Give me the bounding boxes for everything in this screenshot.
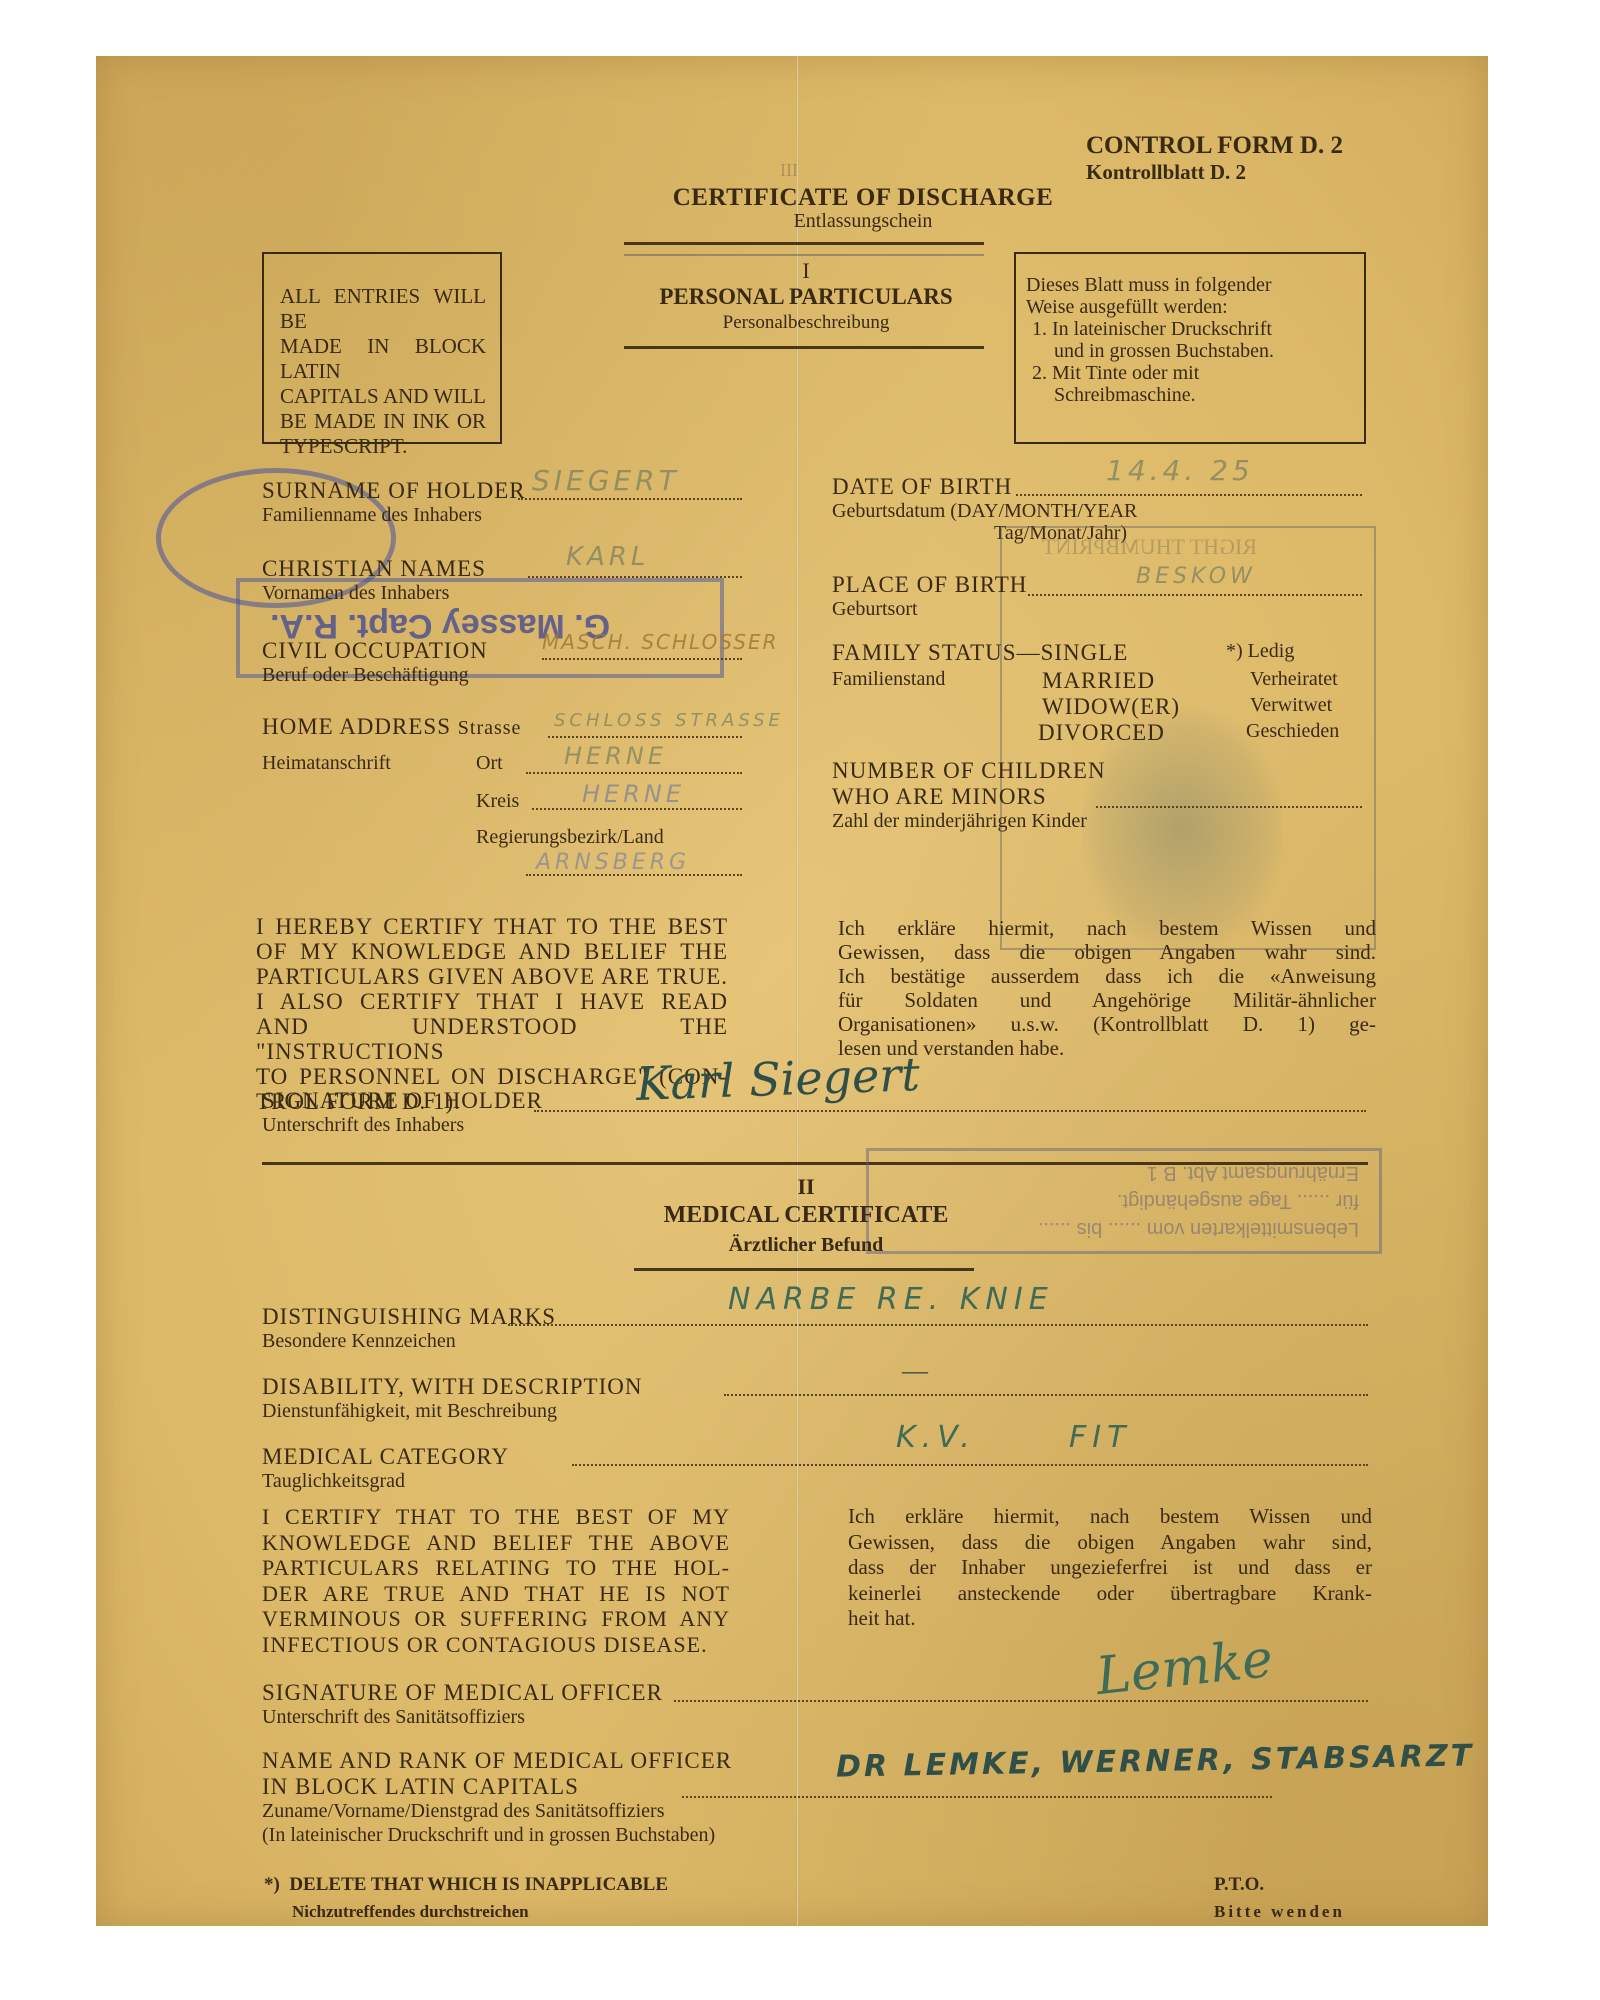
officer-name-line[interactable] [682, 1796, 1272, 1798]
strasse-value[interactable]: SCHLOSS STRASSE [554, 710, 784, 731]
children-label-1: NUMBER OF CHILDREN [832, 758, 1106, 783]
section2-title: MEDICAL CERTIFICATE [546, 1202, 1066, 1229]
medical-certification-en: I CERTIFY THAT TO THE BEST OF MY KNOWLED… [262, 1504, 730, 1657]
control-form-id-de: Kontrollblatt D. 2 [1086, 160, 1246, 185]
land-value[interactable]: ARNSBERG [536, 850, 690, 875]
instructions-box-en: ALL ENTRIES WILL BE MADE IN BLOCK LATIN … [262, 252, 502, 444]
surname-label-de: Familienname des Inhabers [262, 504, 482, 526]
family-status-option-widower[interactable]: WIDOW(ER) [1042, 694, 1180, 719]
medical-category-value[interactable]: K.V. FIT [896, 1420, 1131, 1455]
land-label: Regierungsbezirk/Land [476, 826, 664, 848]
disability-label: DISABILITY, WITH DESCRIPTION [262, 1374, 642, 1399]
surname-label: SURNAME OF HOLDER [262, 478, 526, 503]
section2-title-de: Ärztlicher Befund [546, 1234, 1066, 1257]
kreis-field-line[interactable] [532, 808, 742, 810]
place-of-birth-value[interactable]: BESKOW [1136, 564, 1256, 589]
holder-certification-de: Ich erkläre hiermit, nach bestem Wissen … [838, 916, 1376, 1060]
medical-certification-de: Ich erkläre hiermit, nach bestem Wissen … [848, 1504, 1372, 1632]
certificate-title: CERTIFICATE OF DISCHARGE [608, 184, 1118, 212]
disability-line[interactable] [724, 1394, 1368, 1396]
medical-category-line[interactable] [572, 1464, 1368, 1466]
home-address-label: HOME ADDRESS Strasse [262, 714, 521, 739]
instructions-box-de: Dieses Blatt muss in folgender Weise aus… [1014, 252, 1366, 444]
holder-signature-line[interactable] [534, 1110, 1366, 1112]
family-status-de-widower: Verwitwet [1250, 694, 1332, 716]
section-roman-top: III [780, 160, 798, 181]
holder-signature-label: SIGNATURE OF HOLDER [262, 1088, 543, 1113]
surname-field-line[interactable] [518, 498, 742, 500]
section1-underline [624, 346, 984, 349]
ort-label: Ort [476, 752, 503, 774]
kreis-label: Kreis [476, 790, 519, 812]
discharge-certificate-paper: CONTROL FORM D. 2 Kontrollblatt D. 2 III… [96, 56, 1488, 1926]
pto-label-de: Bitte wenden [1214, 1902, 1345, 1922]
instruction-line: CAPITALS AND WILL [280, 384, 486, 409]
kreis-value[interactable]: HERNE [582, 780, 685, 808]
date-of-birth-value[interactable]: 14.4. 25 [1106, 454, 1254, 487]
disability-label-de: Dienstunfähigkeit, mit Beschreibung [262, 1400, 557, 1422]
surname-value[interactable]: SIEGERT [532, 464, 680, 497]
civil-occupation-label-de: Beruf oder Beschäftigung [262, 664, 469, 686]
instruction-de-line: 2. Mit Tinte oder mit [1026, 362, 1358, 384]
section2-roman: II [546, 1174, 1066, 1200]
medical-officer-signature-value[interactable]: Lemke [1093, 1629, 1275, 1707]
christian-names-label: CHRISTIAN NAMES [262, 556, 486, 581]
civil-occupation-label: CIVIL OCCUPATION [262, 638, 488, 663]
christian-names-value[interactable]: KARL [566, 542, 649, 572]
ort-field-line[interactable] [526, 772, 742, 774]
family-status-label-de: Familienstand [832, 668, 945, 690]
paper-fold [796, 56, 799, 1926]
family-status-option-divorced[interactable]: DIVORCED [1038, 720, 1165, 745]
medical-officer-signature-label-de: Unterschrift des Sanitätsoffiziers [262, 1706, 525, 1728]
footer-note-de: Nichzutreffendes durchstreichen [292, 1902, 529, 1922]
section2-underline [634, 1268, 974, 1271]
place-of-birth-field-line[interactable] [1028, 594, 1362, 596]
civil-occupation-value[interactable]: MASCH. SCHLOSSER [542, 630, 779, 654]
distinguishing-marks-label-de: Besondere Kennzeichen [262, 1330, 456, 1352]
children-field-line[interactable] [1096, 806, 1362, 808]
place-of-birth-label-de: Geburtsort [832, 598, 918, 620]
ort-value[interactable]: HERNE [564, 742, 667, 770]
children-label-2: WHO ARE MINORS [832, 784, 1047, 809]
date-of-birth-label: DATE OF BIRTH [832, 474, 1012, 499]
medical-officer-signature-line[interactable] [674, 1700, 1368, 1702]
instruction-de-line: Weise ausgefüllt werden: [1026, 296, 1358, 318]
instruction-line: BE MADE IN INK OR [280, 409, 486, 434]
certificate-title-de: Entlassungschein [608, 210, 1118, 233]
section1-title-de: Personalbeschreibung [626, 312, 986, 334]
title-underline-faint [624, 254, 984, 256]
title-underline [624, 242, 984, 245]
control-form-id: CONTROL FORM D. 2 [1086, 132, 1343, 160]
section1-title: PERSONAL PARTICULARS [626, 284, 986, 310]
officer-name-label-2: IN BLOCK LATIN CAPITALS [262, 1774, 579, 1799]
instruction-de-line: und in grossen Buchstaben. [1026, 340, 1358, 362]
medical-category-label: MEDICAL CATEGORY [262, 1444, 509, 1469]
date-of-birth-field-line[interactable] [1016, 494, 1362, 496]
family-status-de-divorced: Geschieden [1246, 720, 1339, 742]
instruction-de-line: Schreibmaschine. [1026, 384, 1358, 406]
family-status-de-married: Verheiratet [1250, 668, 1338, 690]
home-address-label-de: Heimatanschrift [262, 752, 391, 774]
officer-name-label-1: NAME AND RANK OF MEDICAL OFFICER [262, 1748, 732, 1773]
instruction-line: ALL ENTRIES WILL BE [280, 284, 486, 334]
medical-officer-signature-label: SIGNATURE OF MEDICAL OFFICER [262, 1680, 663, 1705]
christian-names-field-line[interactable] [528, 576, 742, 578]
date-of-birth-label-de: Geburtsdatum (DAY/MONTH/YEAR [832, 500, 1137, 522]
family-status-label: FAMILY STATUS—SINGLE [832, 640, 1128, 665]
officer-name-value[interactable]: DR LEMKE, WERNER, STABSARZT [836, 1738, 1475, 1784]
footer-note-en: *) DELETE THAT WHICH IS INAPPLICABLE [264, 1874, 668, 1896]
distinguishing-marks-value[interactable]: NARBE RE. KNIE [728, 1282, 1054, 1317]
disability-value[interactable]: — [902, 1356, 928, 1386]
christian-names-label-de: Vornamen des Inhabers [262, 582, 449, 604]
instruction-de-line: Dieses Blatt muss in folgender [1026, 274, 1358, 296]
family-status-option-married[interactable]: MARRIED [1042, 668, 1155, 693]
strasse-field-line[interactable] [548, 736, 742, 738]
instruction-line: MADE IN BLOCK LATIN [280, 334, 486, 384]
officer-name-label-de-1: Zuname/Vorname/Dienstgrad des Sanitätsof… [262, 1800, 665, 1822]
distinguishing-marks-line[interactable] [508, 1324, 1368, 1326]
family-status-option-single[interactable]: SINGLE [1041, 640, 1129, 665]
officer-name-label-de-2: (In lateinischer Druckschrift und in gro… [262, 1824, 715, 1846]
pto-label: P.T.O. [1214, 1874, 1264, 1896]
thumbprint-label: RIGHT THUMBPRINT [1042, 534, 1257, 560]
medical-category-label-de: Tauglichkeitsgrad [262, 1470, 405, 1492]
holder-signature-label-de: Unterschrift des Inhabers [262, 1114, 464, 1136]
section1-roman: I [626, 258, 986, 284]
family-status-de-single: *) Ledig [1226, 640, 1294, 662]
civil-occupation-field-line[interactable] [542, 658, 742, 660]
place-of-birth-label: PLACE OF BIRTH [832, 572, 1027, 597]
instruction-de-line: 1. In lateinischer Druckschrift [1026, 318, 1358, 340]
children-label-de: Zahl der minderjährigen Kinder [832, 810, 1087, 832]
instruction-line: TYPESCRIPT. [280, 434, 486, 459]
